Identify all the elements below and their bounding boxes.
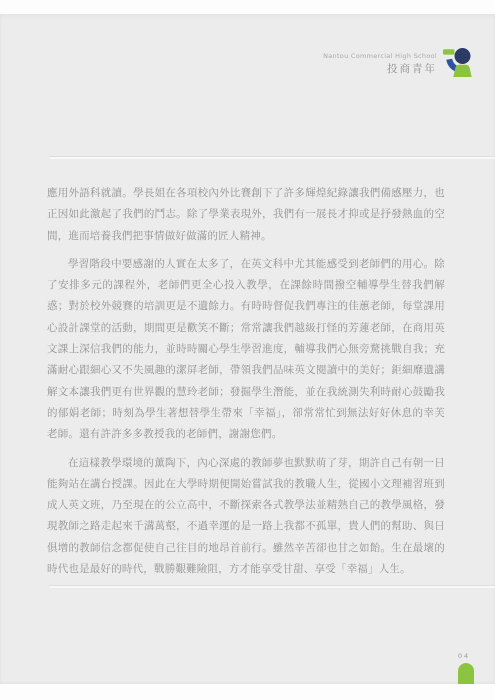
masthead-text: Nantou Commercial High School 投商青年: [323, 48, 437, 76]
page-number: 04: [455, 652, 473, 660]
logo-green-bar-shape: [443, 49, 455, 54]
article-paragraph: 在這樣教學環境的薰陶下，內心深處的教師夢也默默萌了芽，期許自己有朝一日能夠站在講…: [47, 453, 445, 581]
masthead: Nantou Commercial High School 投商青年: [323, 48, 474, 78]
logo-body-shape: [453, 65, 471, 77]
page-number-tab: [458, 663, 474, 684]
article-body: 應用外語科就讀。學長姐在各項校內外比賽創下了許多輝煌紀錄讓我們備感壓力，也正因如…: [47, 183, 445, 587]
logo-head-shape: [455, 48, 471, 64]
divider-line-bottom: [49, 585, 495, 588]
magazine-page: Nantou Commercial High School 投商青年 應用外語科…: [0, 14, 495, 684]
article-paragraph: 學習階段中要感謝的人實在太多了，在英文科中尤其能感受到老師們的用心。除了安排多元…: [47, 254, 445, 446]
article-paragraph: 應用外語科就讀。學長姐在各項校內外比賽創下了許多輝煌紀錄讓我們備感壓力，也正因如…: [47, 183, 445, 247]
school-name-english: Nantou Commercial High School: [323, 52, 437, 61]
publication-title: 投商青年: [323, 62, 437, 76]
divider-line-top: [49, 156, 495, 159]
school-logo-icon: [443, 48, 474, 78]
